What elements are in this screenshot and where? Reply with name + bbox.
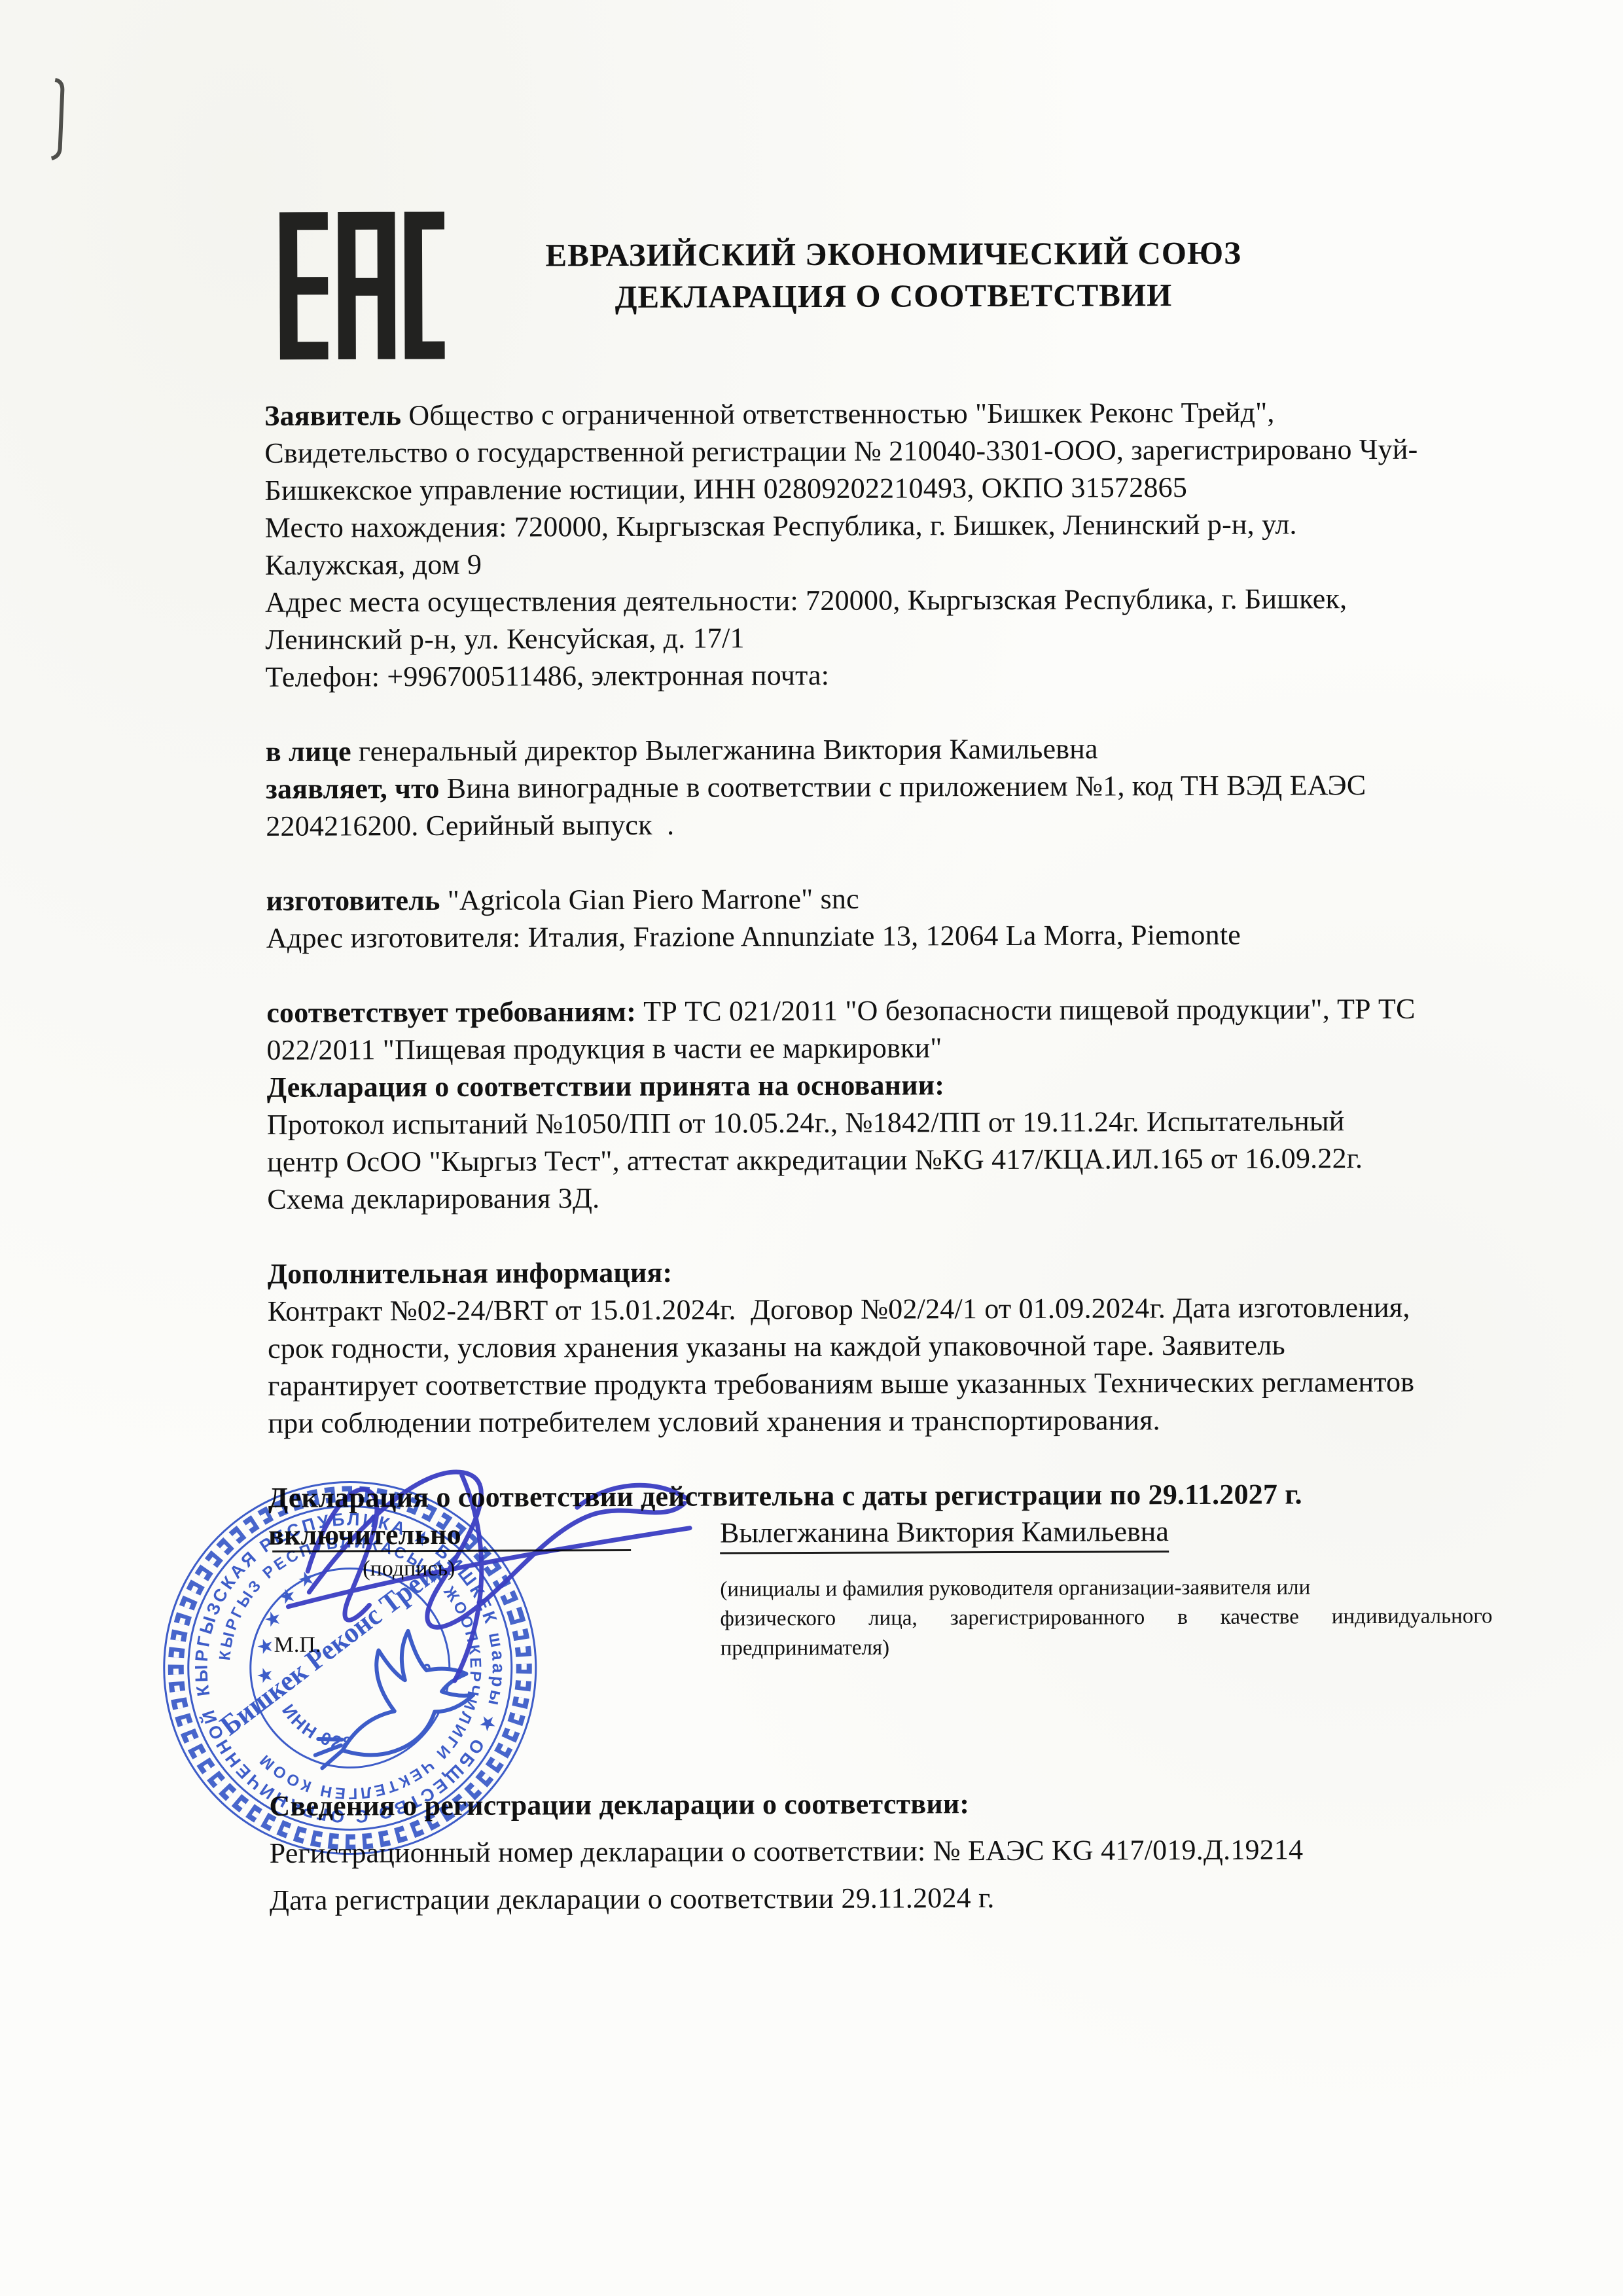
head-name-note-line: физического лица, зарегистрированного в …	[720, 1602, 1492, 1634]
doc-line: срок годности, условия хранения указаны …	[268, 1326, 1285, 1367]
text-run: Калужская, дом 9	[265, 548, 482, 581]
text-run: ТР ТС 021/2011 "О безопасности пищевой п…	[636, 993, 1416, 1028]
doc-line: Декларация о соответствии принята на осн…	[267, 1066, 945, 1106]
svg-text:★: ★	[294, 1566, 318, 1593]
doc-line: включительно	[268, 1516, 461, 1554]
registration-number-line: Регистрационный номер декларации о соотв…	[270, 1831, 1304, 1872]
staple-mark	[51, 80, 62, 158]
document-title-line1: ЕВРАЗИЙСКИЙ ЭКОНОМИЧЕСКИЙ СОЮЗ	[402, 234, 1384, 274]
doc-line: Адрес изготовителя: Италия, Frazione Ann…	[266, 916, 1241, 957]
document-title-line2: ДЕКЛАРАЦИЯ О СООТВЕТСТВИИ	[402, 276, 1384, 316]
doc-line: Ленинский р-н, ул. Кенсуйская, д. 17/1	[265, 619, 745, 658]
bold-run: соответствует требованиям:	[266, 996, 636, 1029]
doc-line: в лице генеральный директор Вылегжанина …	[266, 730, 1098, 770]
doc-line: гарантирует соответствие продукта требов…	[268, 1363, 1414, 1405]
bold-run: в лице	[266, 735, 351, 767]
doc-line: Бишкекское управление юстиции, ИНН 02809…	[264, 469, 1187, 509]
head-name-note-line: предпринимателя)	[721, 1634, 890, 1664]
text-run: 022/2011 "Пищевая продукция в части ее м…	[266, 1031, 942, 1066]
bold-run: изготовитель	[266, 884, 440, 917]
registration-heading: Сведения о регистрации декларации о соот…	[269, 1785, 969, 1825]
svg-text:★: ★	[276, 1583, 299, 1610]
bold-run: Заявитель	[264, 399, 401, 432]
text-run: "Agricola Gian Piero Marrone" snc	[440, 883, 859, 916]
doc-line: 2204216200. Серийный выпуск .	[266, 806, 674, 845]
text-run: Адрес изготовителя: Италия, Frazione Ann…	[266, 919, 1241, 954]
doc-line: заявляет, что Вина виноградные в соответ…	[266, 766, 1366, 808]
bold-run: Декларация о соответствии действительна …	[268, 1478, 1302, 1514]
text-run: Ленинский р-н, ул. Кенсуйская, д. 17/1	[265, 622, 745, 656]
text-run: генеральный директор Вылегжанина Виктори…	[351, 732, 1098, 767]
stamp-inn-text: ИНН 02809202210493	[276, 1655, 454, 1774]
doc-line: 022/2011 "Пищевая продукция в части ее м…	[266, 1029, 942, 1069]
document-page: ЕВРАЗИЙСКИЙ ЭКОНОМИЧЕСКИЙ СОЮЗ ДЕКЛАРАЦИ…	[0, 0, 1623, 2296]
text-run: Место нахождения: 720000, Кыргызская Рес…	[265, 508, 1297, 544]
svg-text:ИНН 02809202210493: ИНН 02809202210493	[276, 1655, 454, 1774]
doc-line: изготовитель "Agricola Gian Piero Marron…	[266, 880, 859, 920]
text-run: Схема декларирования 3Д.	[267, 1182, 599, 1215]
registration-date-line: Дата регистрации декларации о соответств…	[270, 1879, 995, 1919]
doc-line: соответствует требованиям: ТР ТС 021/201…	[266, 990, 1416, 1031]
text-run: Вина виноградные в соответствии с прилож…	[439, 769, 1366, 804]
text-run: Дата регистрации декларации о соответств…	[270, 1882, 995, 1916]
doc-line: Заявитель Общество с ограниченной ответс…	[264, 394, 1275, 435]
doc-line: Место нахождения: 720000, Кыргызская Рес…	[265, 505, 1297, 547]
star-icon: ★ ★ ★ ★ ★	[229, 1566, 344, 1689]
doc-line: Протокол испытаний №1050/ПП от 10.05.24г…	[267, 1102, 1345, 1143]
doc-line: при соблюдении потребителем условий хран…	[268, 1401, 1160, 1442]
doc-line: Калужская, дом 9	[265, 546, 482, 584]
svg-text:★: ★	[261, 1605, 285, 1633]
bold-run: заявляет, что	[266, 772, 440, 805]
signature-caption: (подпись)	[363, 1556, 455, 1581]
bold-run: включительно	[268, 1518, 461, 1551]
doc-line: Декларация о соответствии действительна …	[268, 1475, 1302, 1516]
text-run: Бишкекское управление юстиции, ИНН 02809…	[264, 471, 1187, 507]
doc-line: Схема декларирования 3Д.	[267, 1179, 599, 1218]
text-run: центр ОсОО "Кыргыз Тест", аттестат аккре…	[267, 1142, 1363, 1178]
bold-run: Декларация о соответствии принята на осн…	[267, 1069, 945, 1103]
text-run: срок годности, условия хранения указаны …	[268, 1329, 1285, 1364]
stamp-place-label: М.П.	[274, 1633, 321, 1658]
head-name-note-line: (инициалы и фамилия руководителя организ…	[720, 1573, 1310, 1604]
text-run: 2204216200. Серийный выпуск .	[266, 809, 674, 842]
text-run: Телефон: +996700511486, электронная почт…	[265, 659, 829, 693]
text-run: Контракт №02-24/BRT от 15.01.2024г. Дого…	[268, 1291, 1410, 1327]
text-run: Регистрационный номер декларации о соотв…	[270, 1833, 1304, 1869]
bold-run: Сведения о регистрации декларации о соот…	[269, 1787, 969, 1822]
doc-line: Телефон: +996700511486, электронная почт…	[265, 656, 829, 696]
text-run: гарантирует соответствие продукта требов…	[268, 1366, 1414, 1402]
doc-line: Адрес места осуществления деятельности: …	[265, 580, 1347, 621]
text-run: Свидетельство о государственной регистра…	[264, 433, 1418, 469]
doc-line: Свидетельство о государственной регистра…	[264, 431, 1418, 472]
doc-line: центр ОсОО "Кыргыз Тест", аттестат аккре…	[267, 1139, 1363, 1181]
text-run: Протокол испытаний №1050/ПП от 10.05.24г…	[267, 1105, 1345, 1141]
svg-text:★: ★	[253, 1662, 277, 1689]
text-run: Общество с ограниченной ответственностью…	[401, 397, 1275, 432]
doc-line: Контракт №02-24/BRT от 15.01.2024г. Дого…	[268, 1289, 1410, 1330]
text-run: при соблюдении потребителем условий хран…	[268, 1404, 1160, 1439]
text-run: Адрес места осуществления деятельности: …	[265, 583, 1347, 619]
doc-line: Дополнительная информация:	[268, 1254, 673, 1293]
head-name: Вылегжанина Виктория Камильевна	[720, 1515, 1169, 1554]
bold-run: Дополнительная информация:	[268, 1257, 673, 1290]
scanned-sheet: ЕВРАЗИЙСКИЙ ЭКОНОМИЧЕСКИЙ СОЮЗ ДЕКЛАРАЦИ…	[0, 0, 1623, 2296]
